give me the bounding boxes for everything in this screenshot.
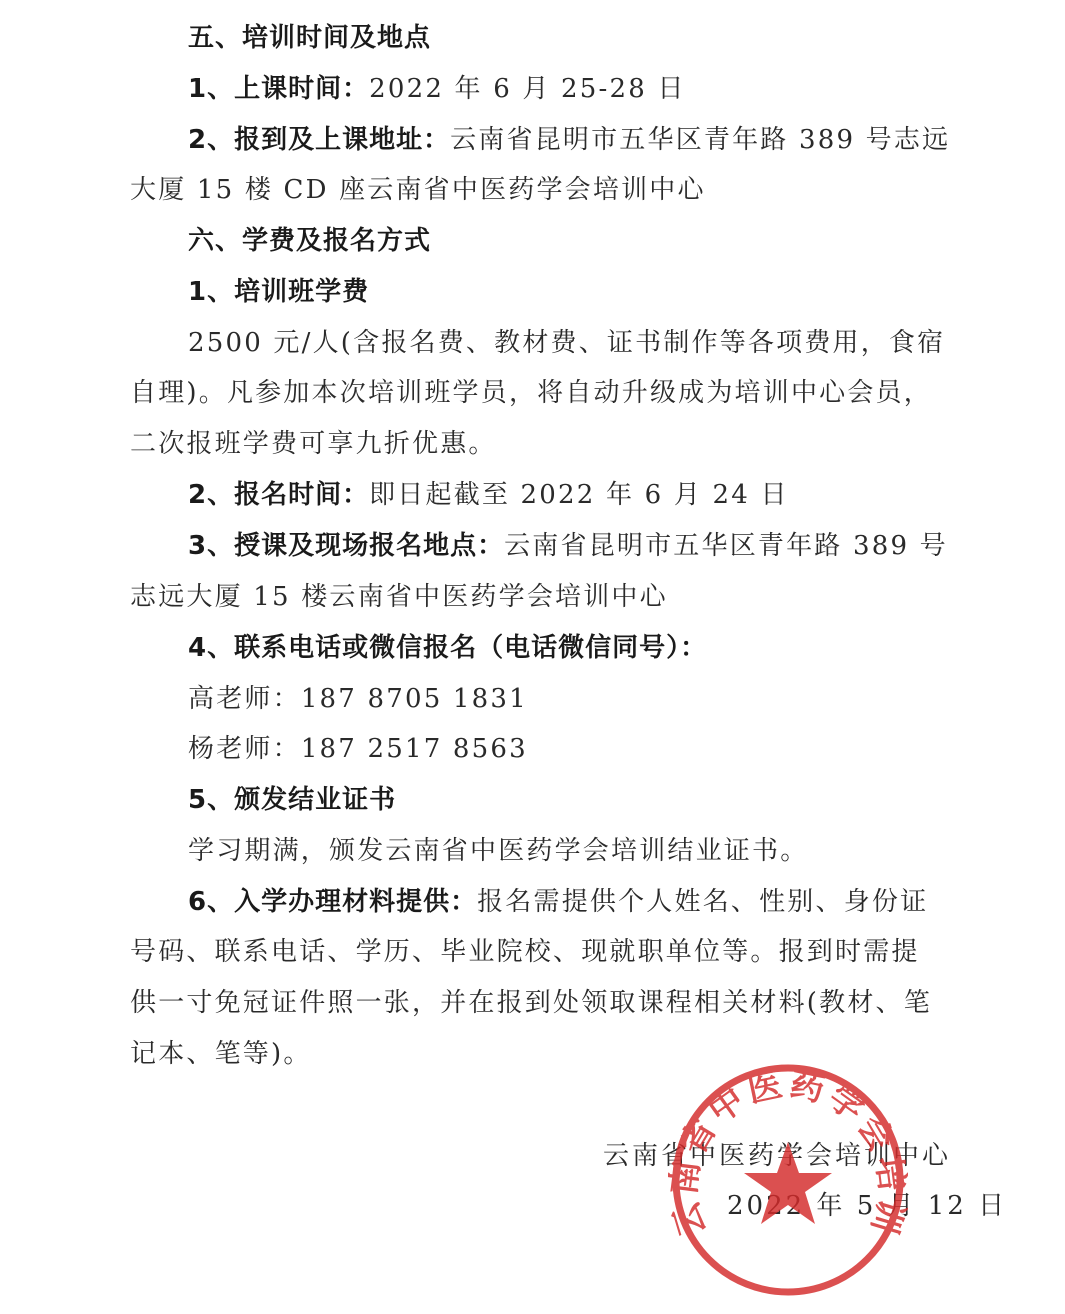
materials-line-2: 号码、联系电话、学历、毕业院校、现就职单位等。报到时需提 xyxy=(130,934,950,970)
contact-name: 高老师： xyxy=(188,684,301,714)
section-heading-fees: 六、学费及报名方式 xyxy=(188,223,950,259)
contact-name: 杨老师： xyxy=(188,734,301,764)
registration-time-label: 2、报名时间： xyxy=(188,480,369,510)
materials-value: 报名需提供个人姓名、性别、身份证 xyxy=(477,887,928,917)
class-address-cont: 大厦 15 楼 CD 座云南省中医药学会培训中心 xyxy=(130,172,950,208)
materials-label: 6、入学办理材料提供： xyxy=(188,887,477,917)
registration-time: 2、报名时间：即日起截至 2022 年 6 月 24 日 xyxy=(188,477,950,513)
certificate-label: 5、颁发结业证书 xyxy=(188,782,950,818)
registration-place-cont: 志远大厦 15 楼云南省中医药学会培训中心 xyxy=(130,579,950,615)
registration-time-value: 即日起截至 2022 年 6 月 24 日 xyxy=(369,480,789,510)
class-time-label: 1、上课时间： xyxy=(188,74,369,104)
materials: 6、入学办理材料提供：报名需提供个人姓名、性别、身份证 xyxy=(188,884,950,920)
certificate-text: 学习期满，颁发云南省中医药学会培训结业证书。 xyxy=(188,833,950,869)
contact-label: 4、联系电话或微信报名（电话微信同号）： xyxy=(188,630,950,666)
registration-place: 3、授课及现场报名地点：云南省昆明市五华区青年路 389 号 xyxy=(188,528,950,564)
contact-yang: 杨老师：187 2517 8563 xyxy=(188,731,950,767)
star-icon xyxy=(744,1142,832,1224)
tuition-para-3: 二次报班学费可享九折优惠。 xyxy=(130,426,950,462)
tuition-para-1: 2500 元/人(含报名费、教材费、证书制作等各项费用，食宿 xyxy=(188,325,950,361)
registration-place-label: 3、授课及现场报名地点： xyxy=(188,531,504,561)
official-seal: 云南省中医药学会培训 xyxy=(668,1060,908,1300)
class-address: 2、报到及上课地址：云南省昆明市五华区青年路 389 号志远 xyxy=(188,122,950,158)
section-heading-schedule: 五、培训时间及地点 xyxy=(188,20,950,56)
registration-place-value: 云南省昆明市五华区青年路 389 号 xyxy=(504,531,948,561)
class-time-value: 2022 年 6 月 25-28 日 xyxy=(369,74,686,104)
materials-line-3: 供一寸免冠证件照一张，并在报到处领取课程相关材料(教材、笔 xyxy=(130,985,950,1021)
contact-phone[interactable]: 187 2517 8563 xyxy=(301,734,528,764)
contact-gao: 高老师：187 8705 1831 xyxy=(188,681,950,717)
document-page: 五、培训时间及地点 1、上课时间：2022 年 6 月 25-28 日 2、报到… xyxy=(0,0,1065,1314)
contact-phone[interactable]: 187 8705 1831 xyxy=(301,684,528,714)
class-time: 1、上课时间：2022 年 6 月 25-28 日 xyxy=(188,71,950,107)
class-address-label: 2、报到及上课地址： xyxy=(188,125,450,155)
tuition-para-2: 自理)。凡参加本次培训班学员，将自动升级成为培训中心会员， xyxy=(130,375,950,411)
tuition-label: 1、培训班学费 xyxy=(188,274,950,310)
class-address-value: 云南省昆明市五华区青年路 389 号志远 xyxy=(450,125,950,155)
